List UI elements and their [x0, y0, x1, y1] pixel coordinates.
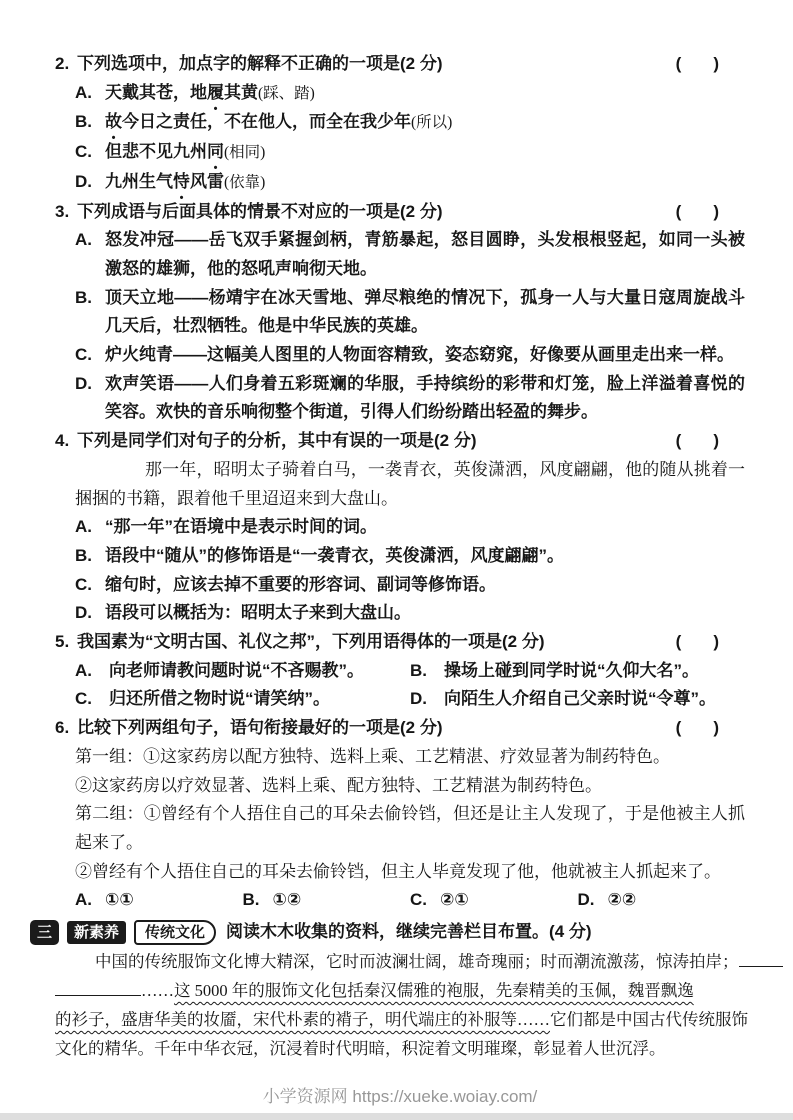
paren-close: ) [713, 50, 719, 79]
option-text: 炉火纯青——这幅美人图里的人物面容精致，姿态窈窕，好像要从画里走出来一样。 [105, 341, 745, 370]
option-text: ②② [608, 886, 637, 915]
option-text: ①② [273, 886, 302, 915]
option-label: C. [75, 685, 109, 714]
option-c: C.②① [410, 886, 578, 915]
option-label: D. [410, 685, 444, 714]
option-text: ①① [105, 886, 134, 915]
reading-passage: 那一年，昭明太子骑着白马，一袭青衣，英俊潇洒，风度翩翩，他的随从挑着一捆捆的书籍… [75, 456, 745, 513]
gloss: (相同) [224, 144, 265, 161]
answer-parens: () [676, 50, 745, 79]
option-label: D. [578, 886, 608, 915]
option-c: C.归还所借之物时说“请笑纳”。 [75, 685, 410, 714]
dotted-char: 恃 [173, 172, 190, 191]
section-title: 阅读木木收集的资料，继续完善栏目布置。(4 分) [226, 918, 592, 947]
option-text-post: 风雷 [190, 172, 224, 191]
option-label: B. [75, 108, 105, 138]
option-text: 语段中“随从”的修饰语是“一袭青衣，英俊潇洒，风度翩翩”。 [105, 542, 745, 571]
option-a: A. “那一年”在语境中是表示时间的词。 [55, 513, 745, 542]
question-number: 6. [55, 714, 77, 743]
question-stem: 我国素为“文明古国、礼仪之邦”，下列用语得体的一项是(2 分) [77, 628, 545, 657]
question-number: 2. [55, 50, 77, 79]
option-label: B. [243, 886, 273, 915]
paren-open: ( [676, 427, 682, 456]
question-4-stem-row: 4. 下列是同学们对句子的分析，其中有误的一项是(2 分) () [55, 427, 745, 456]
question-2-stem-row: 2. 下列选项中，加点字的解释不正确的一项是(2 分) () [55, 50, 745, 79]
paragraph-line-2: ……这 5000 年的服饰文化包括秦汉儒雅的袍服，先秦精美的玉佩，魏晋飘逸 [55, 976, 745, 1005]
question-5: 5. 我国素为“文明古国、礼仪之邦”，下列用语得体的一项是(2 分) () A.… [55, 628, 745, 714]
fill-in-blank [55, 978, 141, 996]
option-label: C. [75, 341, 105, 370]
paragraph-line-1: 中国的传统服饰文化博大精深，它时而波澜壮阔，雄奇瑰丽；时而潮流激荡，惊涛拍岸； [55, 947, 745, 976]
option-label: A. [75, 886, 105, 915]
paren-close: ) [713, 628, 719, 657]
option-b: B. 故今日之责任，不在他人，而全在我少年(所以) [55, 108, 745, 138]
gloss: (所以) [411, 114, 452, 131]
watermark-footer: 小学资源网 https://xueke.woiay.com/ [55, 1083, 745, 1112]
option-text: 语段可以概括为：昭明太子来到大盘山。 [105, 599, 745, 628]
paren-open: ( [676, 198, 682, 227]
option-grid: A.向老师请教问题时说“不吝赐教”。 B.操场上碰到同学时说“久仰大名”。 C.… [55, 657, 745, 714]
fill-in-blank [739, 949, 783, 967]
option-label: D. [75, 168, 105, 198]
new-literacy-badge: 新素养 [67, 921, 126, 944]
answer-parens: () [676, 714, 745, 743]
option-text: 向老师请教问题时说“不吝赐教”。 [109, 657, 364, 686]
question-stem: 下列成语与后面具体的情景不对应的一项是(2 分) [77, 198, 443, 227]
option-text: “那一年”在语境中是表示时间的词。 [105, 513, 745, 542]
question-number: 5. [55, 628, 77, 657]
sentence-group-2b: ②曾经有个人捂住自己的耳朵去偷铃铛，但主人毕竟发现了他，他就被主人抓起来了。 [75, 858, 745, 887]
option-c: C. 炉火纯青——这幅美人图里的人物面容精致，姿态窈窕，好像要从画里走出来一样。 [55, 341, 745, 370]
option-label: B. [75, 284, 105, 341]
option-text-pre: 但悲不见九州 [105, 142, 207, 161]
wavy-underlined-text: 这 5000 年的服饰文化包括秦汉儒雅的袍服，先秦精美的玉佩，魏晋飘逸 [174, 981, 694, 1000]
option-a: A. 怒发冲冠——岳飞双手紧握剑柄，青筋暴起，怒目圆睁，头发根根竖起，如同一头被… [55, 226, 745, 283]
option-text-post: 其黄 [224, 83, 258, 102]
option-d: D.②② [578, 886, 746, 915]
option-text-post: 今日之责任，不在他人，而全在我少年 [122, 112, 411, 131]
answer-parens: () [676, 427, 745, 456]
option-text: 缩句时，应该去掉不重要的形容词、副词等修饰语。 [105, 571, 745, 600]
question-number: 3. [55, 198, 77, 227]
sentence-group-1: 第一组：①这家药房以配方独特、选料上乘、工艺精湛、疗效显著为制药特色。 [75, 743, 745, 772]
sentence-group-2: 第二组：①曾经有个人捂住自己的耳朵去偷铃铛，但还是让主人发现了，于是他被主人抓起… [75, 800, 745, 857]
question-3: 3. 下列成语与后面具体的情景不对应的一项是(2 分) () A. 怒发冲冠——… [55, 198, 745, 428]
question-5-stem-row: 5. 我国素为“文明古国、礼仪之邦”，下列用语得体的一项是(2 分) () [55, 628, 745, 657]
section-paragraph: 中国的传统服饰文化博大精深，它时而波澜壮阔，雄奇瑰丽；时而潮流激荡，惊涛拍岸； … [55, 947, 745, 1063]
option-a: A.向老师请教问题时说“不吝赐教”。 [75, 657, 410, 686]
paragraph-text: …… [141, 981, 174, 1000]
option-b: B. 语段中“随从”的修饰语是“一袭青衣，英俊潇洒，风度翩翩”。 [55, 542, 745, 571]
gloss: (依靠) [224, 174, 265, 191]
option-text: 但悲不见九州同(相同) [105, 138, 745, 168]
option-d: D.向陌生人介绍自己父亲时说“令尊”。 [410, 685, 745, 714]
option-text: 向陌生人介绍自己父亲时说“令尊”。 [444, 685, 716, 714]
option-label: A. [75, 513, 105, 542]
paragraph-text: 文化的精华。千年中华衣冠，沉浸着时代明暗，积淀着文明璀璨，彰显着人世沉浮。 [55, 1039, 666, 1058]
option-text: 故今日之责任，不在他人，而全在我少年(所以) [105, 108, 745, 138]
page-bottom-edge [0, 1113, 793, 1120]
question-6: 6. 比较下列两组句子，语句衔接最好的一项是(2 分) () 第一组：①这家药房… [55, 714, 745, 915]
option-label: A. [75, 657, 109, 686]
option-label: A. [75, 226, 105, 283]
question-6-stem-row: 6. 比较下列两组句子，语句衔接最好的一项是(2 分) () [55, 714, 745, 743]
question-2: 2. 下列选项中，加点字的解释不正确的一项是(2 分) () A. 天戴其苍，地… [55, 50, 745, 198]
option-text: 操场上碰到同学时说“久仰大名”。 [444, 657, 699, 686]
option-label: C. [75, 138, 105, 168]
option-b: B. 顶天立地——杨靖宇在冰天雪地、弹尽粮绝的情况下，孤身一人与大量日寇周旋战斗… [55, 284, 745, 341]
paren-close: ) [713, 427, 719, 456]
question-stem: 下列是同学们对句子的分析，其中有误的一项是(2 分) [77, 427, 477, 456]
option-label: D. [75, 599, 105, 628]
question-4: 4. 下列是同学们对句子的分析，其中有误的一项是(2 分) () 那一年，昭明太… [55, 427, 745, 628]
paren-open: ( [676, 50, 682, 79]
paren-close: ) [713, 714, 719, 743]
option-text: 天戴其苍，地履其黄(踩、踏) [105, 79, 745, 109]
question-number: 4. [55, 427, 77, 456]
option-label: A. [75, 79, 105, 109]
dotted-char: 故 [105, 112, 122, 131]
option-text: 欢声笑语——人们身着五彩斑斓的华服，手持缤纷的彩带和灯笼，脸上洋溢着喜悦的笑容。… [105, 370, 745, 427]
option-a: A. 天戴其苍，地履其黄(踩、踏) [55, 79, 745, 109]
paragraph-text: 它们都是中国古代传统服饰 [550, 1010, 748, 1029]
paragraph-line-3: 的衫子，盛唐华美的妆靥，宋代朴素的褙子，明代端庄的补服等……它们都是中国古代传统… [55, 1005, 745, 1034]
option-label: B. [410, 657, 444, 686]
section-three: 三 新素养 传统文化 阅读木木收集的资料，继续完善栏目布置。(4 分) 中国的传… [55, 917, 745, 1063]
option-label: D. [75, 370, 105, 427]
paren-open: ( [676, 628, 682, 657]
option-d: D. 九州生气恃风雷(依靠) [55, 168, 745, 198]
exam-page: 2. 下列选项中，加点字的解释不正确的一项是(2 分) () A. 天戴其苍，地… [0, 0, 793, 1112]
option-text: ②① [440, 886, 469, 915]
traditional-culture-badge: 传统文化 [134, 920, 216, 945]
section-header: 三 新素养 传统文化 阅读木木收集的资料，继续完善栏目布置。(4 分) [30, 917, 745, 947]
option-label: C. [410, 886, 440, 915]
option-text: 顶天立地——杨靖宇在冰天雪地、弹尽粮绝的情况下，孤身一人与大量日寇周旋战斗几天后… [105, 284, 745, 341]
option-row: A.①① B.①② C.②① D.②② [55, 886, 745, 915]
section-number-badge: 三 [30, 920, 59, 945]
option-text: 归还所借之物时说“请笑纳”。 [109, 685, 330, 714]
sentence-group-1b: ②这家药房以疗效显著、选料上乘、配方独特、工艺精湛为制药特色。 [75, 772, 745, 801]
wavy-underlined-text: 的衫子，盛唐华美的妆靥，宋代朴素的褙子，明代端庄的补服等…… [55, 1010, 550, 1029]
paragraph-line-4: 文化的精华。千年中华衣冠，沉浸着时代明暗，积淀着文明璀璨，彰显着人世沉浮。 [55, 1034, 745, 1063]
dotted-char: 履 [207, 83, 224, 102]
paragraph-text: 中国的传统服饰文化博大精深，它时而波澜壮阔，雄奇瑰丽；时而潮流激荡，惊涛拍岸； [95, 952, 739, 971]
answer-parens: () [676, 628, 745, 657]
option-b: B.①② [243, 886, 411, 915]
option-text-pre: 天戴其苍，地 [105, 83, 207, 102]
option-d: D. 欢声笑语——人们身着五彩斑斓的华服，手持缤纷的彩带和灯笼，脸上洋溢着喜悦的… [55, 370, 745, 427]
paren-close: ) [713, 198, 719, 227]
answer-parens: () [676, 198, 745, 227]
option-d: D. 语段可以概括为：昭明太子来到大盘山。 [55, 599, 745, 628]
paren-open: ( [676, 714, 682, 743]
option-a: A.①① [75, 886, 243, 915]
option-text-pre: 九州生气 [105, 172, 173, 191]
option-label: B. [75, 542, 105, 571]
option-c: C. 缩句时，应该去掉不重要的形容词、副词等修饰语。 [55, 571, 745, 600]
question-stem: 比较下列两组句子，语句衔接最好的一项是(2 分) [77, 714, 443, 743]
gloss: (踩、踏) [258, 85, 315, 102]
option-text: 怒发冲冠——岳飞双手紧握剑柄，青筋暴起，怒目圆睁，头发根根竖起，如同一头被激怒的… [105, 226, 745, 283]
question-3-stem-row: 3. 下列成语与后面具体的情景不对应的一项是(2 分) () [55, 198, 745, 227]
option-text: 九州生气恃风雷(依靠) [105, 168, 745, 198]
question-stem: 下列选项中，加点字的解释不正确的一项是(2 分) [77, 50, 443, 79]
option-c: C. 但悲不见九州同(相同) [55, 138, 745, 168]
dotted-char: 同 [207, 142, 224, 161]
option-b: B.操场上碰到同学时说“久仰大名”。 [410, 657, 745, 686]
option-label: C. [75, 571, 105, 600]
